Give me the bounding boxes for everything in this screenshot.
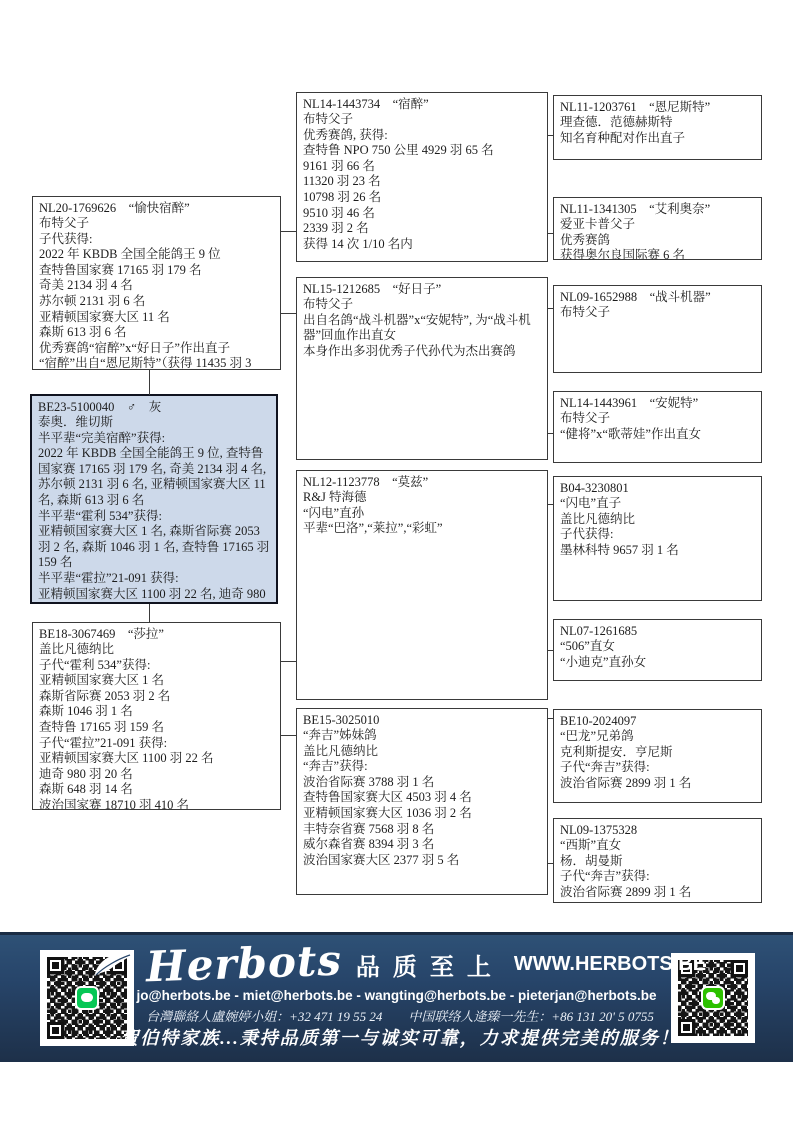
box-line: 布特父子: [560, 411, 755, 427]
box-line: “西斯”直女: [560, 838, 755, 854]
box-title: NL07-1261685: [560, 623, 755, 639]
connector-line: [548, 233, 553, 234]
pedigree-box-grandparent: NL12-1123778 “莫兹” R&J 特海德“闪电”直孙平辈“巴洛”,“莱…: [296, 470, 548, 700]
box-line: 亚精顿国家赛大区 1100 羽 22 名: [39, 751, 274, 767]
qr-finder-icon: [678, 1019, 695, 1036]
box-line: 获得奥尔良国际赛 6 名: [560, 248, 755, 260]
box-title: BE23-5100040 ♂ 灰: [38, 399, 270, 415]
footer-slogan: 贺伯特家族...秉持品质第一与诚实可靠，力求提供完美的服务！: [120, 1024, 680, 1050]
box-line: “奔吉”姊妹鸽: [303, 728, 541, 744]
box-line: 布特父子: [560, 305, 755, 321]
pedigree-box-grandparent: NL14-1443734 “宿醉” 布特父子优秀赛鸽, 获得:查特鲁 NPO 7…: [296, 92, 548, 262]
pedigree-box-greatgrandparent: NL09-1652988 “战斗机器” 布特父子: [553, 285, 762, 373]
pedigree-box-grandparent: NL15-1212685 “好日子” 布特父子出自名鸽“战斗机器”x“安妮特”,…: [296, 277, 548, 460]
box-line: 优秀赛鸽, 获得:: [303, 128, 541, 144]
box-line: R&J 特海德: [303, 490, 541, 506]
box-line: 泰奥．维切斯: [38, 415, 270, 431]
box-body: 盖比凡德纳比子代“霍利 534”获得:亚精顿国家赛大区 1 名森斯省际赛 205…: [39, 642, 274, 810]
herbots-logo-text: Herbots: [145, 940, 342, 989]
box-line: “闪电”直孙: [303, 506, 541, 522]
qr-finder-icon: [47, 1022, 64, 1039]
box-line: 森斯 613 羽 6 名: [39, 325, 274, 341]
qr-finder-icon: [731, 960, 748, 977]
box-line: 平辈“巴洛”,“莱拉”,“彩虹”: [303, 521, 541, 537]
pedigree-box-father: NL20-1769626 “愉快宿醉” 布特父子子代获得:2022 年 KBDB…: [32, 196, 281, 370]
box-line: 子代“霍利 534”获得:: [39, 658, 274, 674]
box-line: 波治省际赛 2899 羽 1 名: [560, 885, 755, 901]
box-line: “小迪克”直孙女: [560, 655, 755, 671]
box-line: 出自名鸽“战斗机器”x“安妮特”, 为“战斗机器”回血作出直女: [303, 313, 541, 344]
box-body: 布特父子优秀赛鸽, 获得:查特鲁 NPO 750 公里 4929 羽 65 名9…: [303, 112, 541, 252]
box-title: BE15-3025010: [303, 712, 541, 728]
box-line: “宿醉”出自“恩尼斯特”（获得 11435 羽 3 名)x“艾利奥奈”（获得奥尔…: [39, 356, 274, 370]
box-line: 克利斯提安．亨尼斯: [560, 745, 755, 761]
pedigree-box-greatgrandparent: NL11-1203761 “恩尼斯特” 理查德．范德赫斯特知名育种配对作出直子: [553, 95, 762, 160]
box-title: NL15-1212685 “好日子”: [303, 281, 541, 297]
box-line: 2339 羽 2 名: [303, 221, 541, 237]
connector-line: [548, 863, 553, 864]
connector-line: [281, 313, 296, 314]
box-line: 波治国家赛 18710 羽 410 名: [39, 798, 274, 810]
box-title: B04-3230801: [560, 480, 755, 496]
box-line: 10798 羽 26 名: [303, 190, 541, 206]
box-line: “健将”x“歌蒂娃”作出直女: [560, 427, 755, 443]
box-line: 布特父子: [39, 216, 274, 232]
box-line: 杨．胡曼斯: [560, 854, 755, 870]
box-title: NL12-1123778 “莫兹”: [303, 474, 541, 490]
box-body: “奔吉”姊妹鸽盖比凡德纳比“奔吉”获得:波治省际赛 3788 羽 1 名查特鲁国…: [303, 728, 541, 868]
box-line: 知名育种配对作出直子: [560, 131, 755, 147]
box-title: NL09-1652988 “战斗机器”: [560, 289, 755, 305]
box-line: 墨林科特 9657 羽 1 名: [560, 543, 755, 559]
box-line: 迪奇 980 羽 20 名: [39, 767, 274, 783]
box-line: “奔吉”获得:: [303, 759, 541, 775]
box-body: 布特父子: [560, 305, 755, 321]
box-line: 子代获得:: [39, 232, 274, 248]
box-line: 亚精顿国家赛大区 1 名: [39, 673, 274, 689]
box-line: 理查德．范德赫斯特: [560, 115, 755, 131]
connector-line: [548, 504, 553, 505]
box-body: 爱亚卡普父子优秀赛鸽获得奥尔良国际赛 6 名: [560, 217, 755, 260]
box-line: 亚精顿国家赛大区 11 名: [39, 310, 274, 326]
box-line: 子代“奔吉”获得:: [560, 869, 755, 885]
box-body: 泰奥．维切斯半平辈“完美宿醉”获得:2022 年 KBDB 全国全能鸽王 9 位…: [38, 415, 270, 604]
box-line: 2022 年 KBDB 全国全能鸽王 9 位: [39, 247, 274, 263]
connector-line: [281, 231, 296, 232]
box-line: 苏尔顿 2131 羽 6 名: [39, 294, 274, 310]
brand-tagline: 品质至上: [356, 947, 504, 982]
box-title: BE10-2024097: [560, 713, 755, 729]
box-line: 爱亚卡普父子: [560, 217, 755, 233]
connector-line: [281, 735, 296, 736]
box-line: 波治省际赛 3788 羽 1 名: [303, 775, 541, 791]
box-line: 盖比凡德纳比: [560, 512, 755, 528]
box-line: 查特鲁国家赛大区 4503 羽 4 名: [303, 790, 541, 806]
box-title: NL20-1769626 “愉快宿醉”: [39, 200, 274, 216]
connector-line: [149, 370, 150, 395]
box-title: NL11-1203761 “恩尼斯特”: [560, 99, 755, 115]
box-title: BE18-3067469 “莎拉”: [39, 626, 274, 642]
box-body: “闪电”直子盖比凡德纳比子代获得:墨林科特 9657 羽 1 名: [560, 496, 755, 558]
pedigree-box-grandparent: BE15-3025010 “奔吉”姊妹鸽盖比凡德纳比“奔吉”获得:波治省际赛 3…: [296, 708, 548, 895]
box-body: “506”直女“小迪克”直孙女: [560, 639, 755, 670]
box-line: 布特父子: [303, 112, 541, 128]
box-line: 盖比凡德纳比: [39, 642, 274, 658]
connector-line: [548, 433, 553, 434]
pedigree-box-greatgrandparent: BE10-2024097 “巴龙”兄弟鸽克利斯提安．亨尼斯子代“奔吉”获得:波治…: [553, 709, 762, 803]
feather-icon: [94, 951, 136, 977]
box-line: 波治国家赛大区 2377 羽 5 名: [303, 853, 541, 869]
box-line: 波治省际赛 2899 羽 1 名: [560, 776, 755, 792]
box-line: 亚精顿国家赛大区 1100 羽 22 名, 迪奇 980 羽 20 名, 森斯 …: [38, 587, 270, 604]
box-line: 奇美 2134 羽 4 名: [39, 278, 274, 294]
connector-line: [548, 650, 553, 651]
connector-line: [149, 604, 150, 622]
box-line: 查特鲁国家赛 17165 羽 179 名: [39, 263, 274, 279]
box-line: 优秀赛鸽: [560, 233, 755, 249]
connector-line: [281, 661, 296, 662]
box-line: “506”直女: [560, 639, 755, 655]
box-title: NL09-1375328: [560, 822, 755, 838]
box-line: 半平辈“霍利 534”获得:: [38, 509, 270, 525]
box-line: 子代“奔吉”获得:: [560, 760, 755, 776]
box-line: 获得 14 次 1/10 名内: [303, 237, 541, 253]
box-line: 查特鲁 17165 羽 159 名: [39, 720, 274, 736]
box-line: 半平辈“霍拉”21-091 获得:: [38, 571, 270, 587]
box-body: 布特父子子代获得:2022 年 KBDB 全国全能鸽王 9 位查特鲁国家赛 17…: [39, 216, 274, 370]
brand-row: Herbots 品质至上 WWW.HERBOTS.BE: [150, 940, 650, 988]
box-line: 11320 羽 23 名: [303, 174, 541, 190]
box-line: 子代“霍拉”21-091 获得:: [39, 736, 274, 752]
box-line: 半平辈“完美宿醉”获得:: [38, 431, 270, 447]
pedigree-box-greatgrandparent: NL09-1375328 “西斯”直女杨．胡曼斯子代“奔吉”获得:波治省际赛 2…: [553, 818, 762, 903]
box-body: 理查德．范德赫斯特知名育种配对作出直子: [560, 115, 755, 146]
box-line: 子代获得:: [560, 527, 755, 543]
box-line: 威尔森省赛 8394 羽 3 名: [303, 837, 541, 853]
pedigree-box-greatgrandparent: NL11-1341305 “艾利奥奈” 爱亚卡普父子优秀赛鸽获得奥尔良国际赛 6…: [553, 197, 762, 260]
qr-finder-icon: [47, 957, 64, 974]
box-body: R&J 特海德“闪电”直孙平辈“巴洛”,“莱拉”,“彩虹”: [303, 490, 541, 537]
pedigree-box-greatgrandparent: NL07-1261685 “506”直女“小迪克”直孙女: [553, 619, 762, 681]
box-title: NL14-1443961 “安妮特”: [560, 395, 755, 411]
website-url: WWW.HERBOTS.BE: [514, 953, 706, 976]
box-title: NL14-1443734 “宿醉”: [303, 96, 541, 112]
connector-line: [548, 135, 553, 136]
box-line: 查特鲁 NPO 750 公里 4929 羽 65 名: [303, 143, 541, 159]
pedigree-page: NL20-1769626 “愉快宿醉” 布特父子子代获得:2022 年 KBDB…: [0, 0, 793, 1122]
pedigree-box-greatgrandparent: NL14-1443961 “安妮特” 布特父子“健将”x“歌蒂娃”作出直女: [553, 391, 762, 463]
pedigree-box-greatgrandparent: B04-3230801 “闪电”直子盖比凡德纳比子代获得:墨林科特 9657 羽…: [553, 476, 762, 601]
box-line: 2022 年 KBDB 全国全能鸽王 9 位, 查特鲁国家赛 17165 羽 1…: [38, 446, 270, 508]
contact-phone-line: 台灣聯絡人盧婉婷小姐：+32 471 19 55 24 中国联络人逄臻一先生：+…: [140, 1006, 660, 1025]
box-line: 布特父子: [303, 297, 541, 313]
box-line: 9161 羽 66 名: [303, 159, 541, 175]
box-line: 森斯 1046 羽 1 名: [39, 704, 274, 720]
box-body: 布特父子“健将”x“歌蒂娃”作出直女: [560, 411, 755, 442]
connector-line: [548, 308, 553, 309]
box-title: NL11-1341305 “艾利奥奈”: [560, 201, 755, 217]
connector-line: [548, 718, 553, 719]
pedigree-box-subject: BE23-5100040 ♂ 灰 泰奥．维切斯半平辈“完美宿醉”获得:2022 …: [30, 394, 278, 604]
box-line: 优秀赛鸽“宿醉”x“好日子”作出直子: [39, 341, 274, 357]
box-line: 丰特奈省赛 7568 羽 8 名: [303, 822, 541, 838]
box-line: 森斯省际赛 2053 羽 2 名: [39, 689, 274, 705]
email-addresses: jo@herbots.be - miet@herbots.be - wangti…: [60, 988, 733, 1003]
box-body: “西斯”直女杨．胡曼斯子代“奔吉”获得:波治省际赛 2899 羽 1 名: [560, 838, 755, 900]
box-line: 9510 羽 46 名: [303, 206, 541, 222]
box-body: 布特父子出自名鸽“战斗机器”x“安妮特”, 为“战斗机器”回血作出直女本身作出多…: [303, 297, 541, 359]
box-line: “闪电”直子: [560, 496, 755, 512]
box-body: “巴龙”兄弟鸽克利斯提安．亨尼斯子代“奔吉”获得:波治省际赛 2899 羽 1 …: [560, 729, 755, 791]
box-line: 森斯 648 羽 14 名: [39, 782, 274, 798]
box-line: 亚精顿国家赛大区 1 名, 森斯省际赛 2053 羽 2 名, 森斯 1046 …: [38, 524, 270, 571]
pedigree-box-mother: BE18-3067469 “莎拉” 盖比凡德纳比子代“霍利 534”获得:亚精顿…: [32, 622, 281, 810]
box-line: 盖比凡德纳比: [303, 744, 541, 760]
box-line: 本身作出多羽优秀子代孙代为杰出赛鸽: [303, 344, 541, 360]
box-line: “巴龙”兄弟鸽: [560, 729, 755, 745]
box-line: 亚精顿国家赛大区 1036 羽 2 名: [303, 806, 541, 822]
